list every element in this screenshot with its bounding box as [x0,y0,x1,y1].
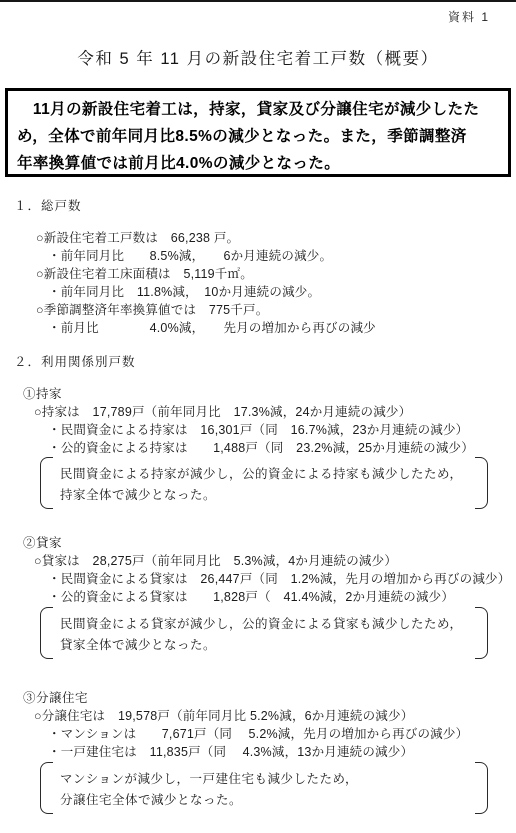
rented-homes-total-line: ○貸家は 28,275戸（前年同月比 5.3%減，4か月連続の減少） [34,551,397,569]
summary-box: 11月の新設住宅着工は，持家，貸家及び分譲住宅が減少したた め，全体で前年同月比… [5,88,511,177]
totals-units-change-line: ・前年同月比 8.5%減， 6か月連続の減少。 [48,246,332,264]
owned-homes-note: 民間資金による持家が減少し，公的資金による持家も減少したため， 持家全体で減少と… [40,457,488,509]
bracket-left-icon [40,762,53,814]
doc-number-label: 資料 1 [448,8,490,25]
totals-annualized-line: ○季節調整済年率換算値では 775千戸。 [36,300,268,318]
built-for-sale-note: マンションが減少し，一戸建住宅も減少したため， 分譲住宅全体で減少となった。 [40,762,488,814]
note-line: 貸家全体で減少となった。 [60,635,468,656]
bracket-right-icon [475,607,488,659]
rented-homes-note: 民間資金による貸家が減少し，公的資金による貸家も減少したため， 貸家全体で減少と… [40,607,488,659]
owned-homes-private-line: ・民間資金による持家は 16,301戸（同 16.7%減，23か月連続の減少） [48,420,468,438]
summary-line: め，全体で前年同月比8.5%の減少となった。また，季節調整済 [17,123,499,150]
owned-homes-total-line: ○持家は 17,789戸（前年同月比 17.3%減，24か月連続の減少） [34,402,411,420]
document-page: 資料 1 令和 5 年 11 月の新設住宅着工戸数（概要） 11月の新設住宅着工… [0,0,516,833]
built-for-sale-heading: ③分譲住宅 [23,688,88,706]
totals-annualized-change-line: ・前月比 4.0%減， 先月の増加から再びの減少 [48,318,376,336]
bracket-left-icon [40,457,53,509]
rented-homes-public-line: ・公的資金による貸家は 1,828戸（ 41.4%減，2か月連続の減少） [48,587,454,605]
rented-homes-heading: ②貸家 [23,533,62,551]
page-title: 令和 5 年 11 月の新設住宅着工戸数（概要） [0,45,516,69]
totals-floor-area-change-line: ・前年同月比 11.8%減， 10か月連続の減少。 [48,282,320,300]
top-rule-divider [0,0,516,2]
bracket-right-icon [475,762,488,814]
built-for-sale-total-line: ○分譲住宅は 19,578戸（前年同月比 5.2%減，6か月連続の減少） [34,706,413,724]
totals-units-line: ○新設住宅着工戸数は 66,238 戸。 [36,228,239,246]
note-text: 民間資金による持家が減少し，公的資金による持家も減少したため， 持家全体で減少と… [60,464,468,506]
bracket-left-icon [40,607,53,659]
built-for-sale-detached-line: ・一戸建住宅は 11,835戸（同 4.3%減，13か月連続の減少） [48,742,413,760]
note-line: 持家全体で減少となった。 [60,485,468,506]
owned-homes-heading: ①持家 [23,384,62,402]
rented-homes-private-line: ・民間資金による貸家は 26,447戸（同 1.2%減，先月の増加から再びの減少… [48,569,510,587]
summary-line: 年率換算値では前月比4.0%の減少となった。 [17,150,499,177]
totals-floor-area-line: ○新設住宅着工床面積は 5,119千㎡。 [36,264,253,282]
note-text: 民間資金による貸家が減少し，公的資金による貸家も減少したため， 貸家全体で減少と… [60,614,468,656]
section-by-use-heading: ２．利用関係別戸数 [14,352,136,370]
note-text: マンションが減少し，一戸建住宅も減少したため， 分譲住宅全体で減少となった。 [60,769,468,811]
note-line: 民間資金による貸家が減少し，公的資金による貸家も減少したため， [60,614,468,635]
note-line: 分譲住宅全体で減少となった。 [60,790,468,811]
note-line: 民間資金による持家が減少し，公的資金による持家も減少したため， [60,464,468,485]
summary-line: 11月の新設住宅着工は，持家，貸家及び分譲住宅が減少したた [17,96,499,123]
built-for-sale-mansion-line: ・マンションは 7,671戸（同 5.2%減，先月の増加から再びの減少） [48,724,468,742]
bracket-right-icon [475,457,488,509]
owned-homes-public-line: ・公的資金による持家は 1,488戸（同 23.2%減，25か月連続の減少） [48,438,474,456]
section-totals-heading: １．総戸数 [14,196,82,214]
note-line: マンションが減少し，一戸建住宅も減少したため， [60,769,468,790]
